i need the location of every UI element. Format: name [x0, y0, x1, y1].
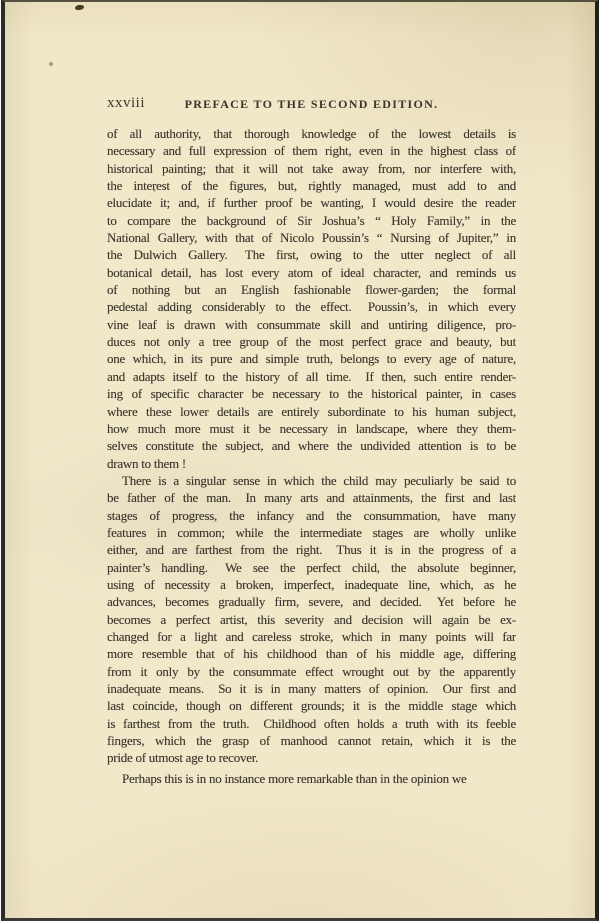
text-line: either, and are farthest from the right.…	[107, 541, 516, 558]
text-line: last coincide, though on different groun…	[107, 697, 516, 714]
text-line: historical painting; that it will not ta…	[107, 160, 516, 177]
text-line: necessary and full expression of them ri…	[107, 142, 516, 159]
text-line: ing of specific character be necessary t…	[107, 385, 516, 402]
text-line: becomes a perfect artist, this severity …	[107, 611, 516, 628]
text-line: the Dulwich Gallery. The first, owing to…	[107, 246, 516, 263]
text-line: inadequate means. So it is in many matte…	[107, 680, 516, 697]
page-header: xxviii PREFACE TO THE SECOND EDITION.	[107, 95, 516, 113]
text-line: how much more must it be necessary in la…	[107, 420, 516, 437]
paragraph: Perhaps this is in no instance more rema…	[107, 770, 516, 787]
text-line: and adapts itself to the history of all …	[107, 368, 516, 385]
page-body: of all authority, that thorough knowledg…	[107, 125, 516, 788]
text-line: stages of progress, the infancy and the …	[107, 507, 516, 524]
text-line: using of necessity a broken, imperfect, …	[107, 576, 516, 593]
paragraph: There is a singular sense in which the c…	[107, 472, 516, 767]
paragraph: of all authority, that thorough knowledg…	[107, 125, 516, 472]
running-header: PREFACE TO THE SECOND EDITION.	[107, 97, 516, 112]
text-line: elucidate it; and, if further proof be w…	[107, 194, 516, 211]
text-line: advances, becomes gradually firm, severe…	[107, 593, 516, 610]
text-line: be father of the man. In many arts and a…	[107, 489, 516, 506]
text-line: National Gallery, with that of Nicolo Po…	[107, 229, 516, 246]
text-line: changed for a light and careless stroke,…	[107, 628, 516, 645]
text-line: duces not only a tree group of the most …	[107, 333, 516, 350]
text-line: of all authority, that thorough knowledg…	[107, 125, 516, 142]
text-line: to compare the background of Sir Joshua’…	[107, 212, 516, 229]
text-line: fingers, which the grasp of manhood cann…	[107, 732, 516, 749]
text-line: one which, in its pure and simple truth,…	[107, 350, 516, 367]
text-line: of nothing but an English fashionable fl…	[107, 281, 516, 298]
book-page-scan: xxviii PREFACE TO THE SECOND EDITION. of…	[0, 0, 600, 922]
text-line: selves constitute the subject, and where…	[107, 437, 516, 454]
ink-speck	[49, 62, 53, 66]
text-line: vine leaf is drawn with consummate skill…	[107, 316, 516, 333]
text-line: drawn to them !	[107, 455, 516, 472]
text-line: pedestal adding considerably to the effe…	[107, 298, 516, 315]
text-line: from it only by the consummate effect wr…	[107, 663, 516, 680]
text-line: more resemble that of his childhood than…	[107, 645, 516, 662]
text-line: botanical detail, has lost every atom of…	[107, 264, 516, 281]
text-line: Perhaps this is in no instance more rema…	[107, 770, 516, 787]
text-line: the interest of the figures, but, rightl…	[107, 177, 516, 194]
text-line: There is a singular sense in which the c…	[107, 472, 516, 489]
text-line: where these lower details are entirely s…	[107, 403, 516, 420]
text-line: pride of utmost age to recover.	[107, 749, 516, 766]
text-line: is farthest from the truth. Childhood of…	[107, 715, 516, 732]
text-line: painter’s handling. We see the perfect c…	[107, 559, 516, 576]
paper-surface: xxviii PREFACE TO THE SECOND EDITION. of…	[1, 0, 599, 921]
text-line: features in common; while the intermedia…	[107, 524, 516, 541]
ink-speck	[75, 4, 85, 10]
